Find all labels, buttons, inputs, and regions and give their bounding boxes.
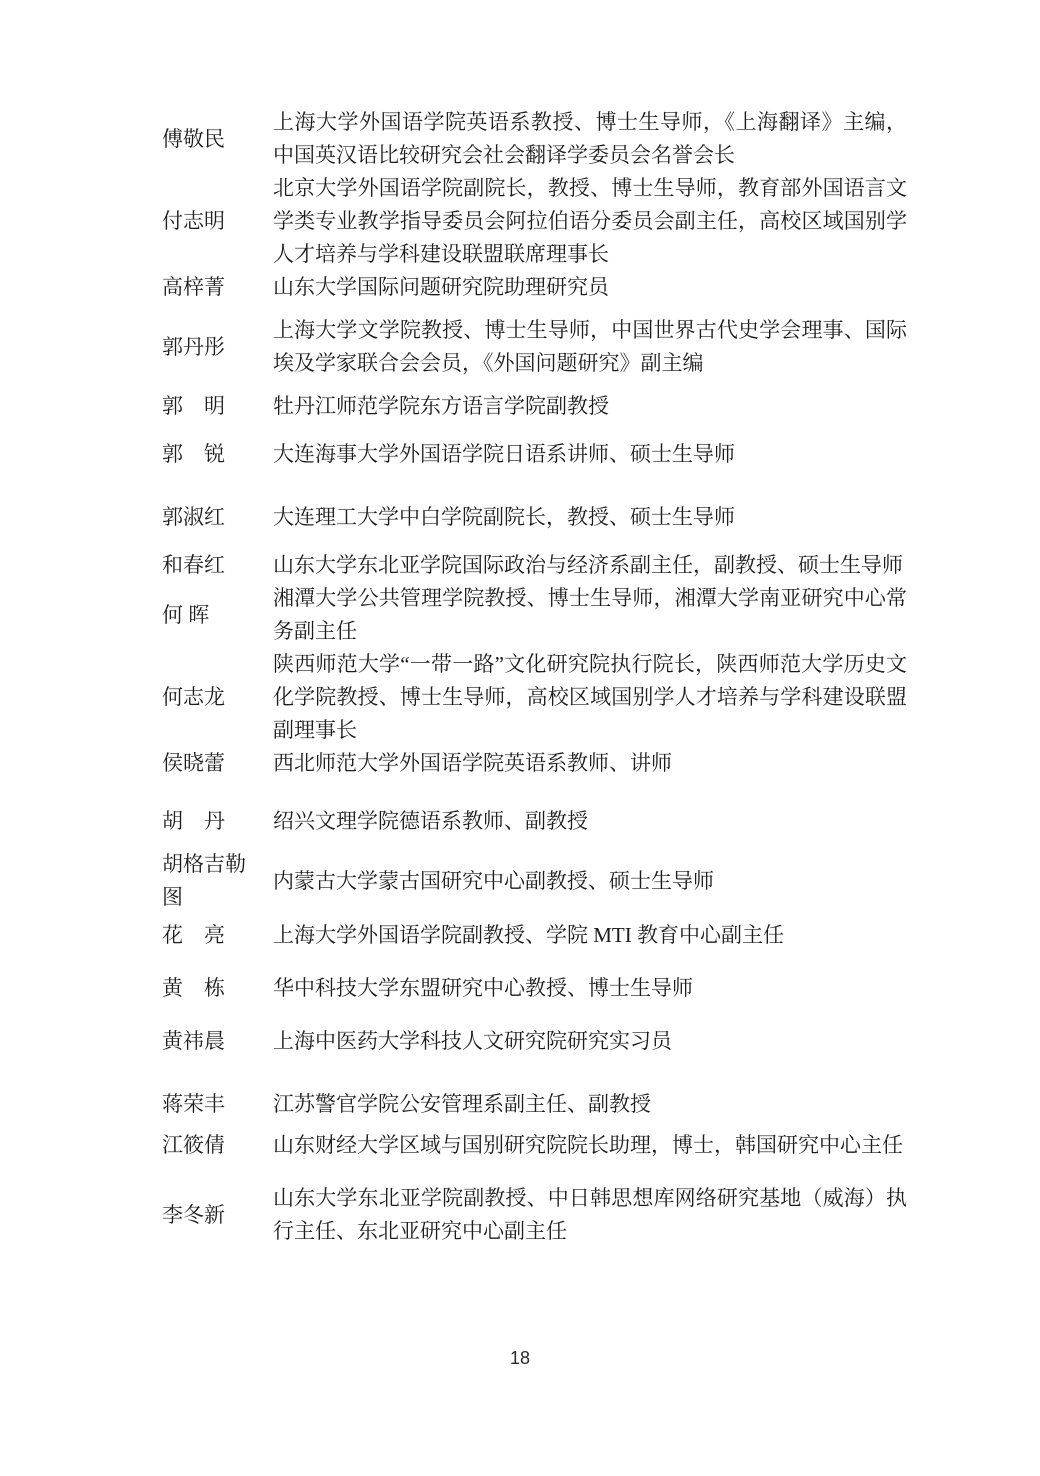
page-number: 18 [0,1348,1040,1369]
person-name: 李冬新 [162,1199,252,1232]
person-name: 花 亮 [162,919,252,952]
person-name: 高梓菁 [162,271,252,304]
person-name: 黄 栋 [162,972,252,1005]
directory-row: 胡 丹 绍兴文理学院德语系教师、副教授 [162,805,907,838]
directory-row: 黄祎晨 上海中医药大学科技人文研究院研究实习员 [162,1025,907,1058]
person-affiliation: 上海大学外国语学院英语系教授、博士生导师，《上海翻译》主编，中国英汉语比较研究会… [273,106,907,172]
person-affiliation: 山东大学国际问题研究院助理研究员 [273,271,907,304]
person-name: 郭 明 [162,390,252,423]
person-affiliation: 大连海事大学外国语学院日语系讲师、硕士生导师 [273,438,907,471]
directory-row: 李冬新 山东大学东北亚学院副教授、中日韩思想库网络研究基地（威海）执行主任、东北… [162,1182,907,1248]
directory-row: 花 亮 上海大学外国语学院副教授、学院 MTI 教育中心副主任 [162,919,907,952]
person-name: 付志明 [162,205,252,238]
person-affiliation: 湘潭大学公共管理学院教授、博士生导师，湘潭大学南亚研究中心常务副主任 [273,582,907,648]
person-affiliation: 山东大学东北亚学院副教授、中日韩思想库网络研究基地（威海）执行主任、东北亚研究中… [273,1182,907,1248]
person-affiliation: 山东大学东北亚学院国际政治与经济系副主任，副教授、硕士生导师 [273,549,907,582]
directory-row: 江筱倩 山东财经大学区域与国别研究院院长助理，博士，韩国研究中心主任 [162,1129,907,1162]
directory-row: 胡格吉勒图 内蒙古大学蒙古国研究中心副教授、硕士生导师 [162,848,907,914]
directory-row: 郭 明 牡丹江师范学院东方语言学院副教授 [162,390,907,423]
directory-row: 侯晓蕾 西北师范大学外国语学院英语系教师、讲师 [162,747,907,780]
person-name: 何志龙 [162,681,252,714]
person-affiliation: 陕西师范大学“一带一路”文化研究院执行院长，陕西师范大学历史文化学院教授、博士生… [273,648,907,747]
person-name: 傅敬民 [162,123,252,156]
person-affiliation: 绍兴文理学院德语系教师、副教授 [273,805,907,838]
directory-row: 傅敬民 上海大学外国语学院英语系教授、博士生导师，《上海翻译》主编，中国英汉语比… [162,106,907,172]
directory-row: 郭淑红 大连理工大学中白学院副院长，教授、硕士生导师 [162,501,907,534]
person-affiliation: 上海大学文学院教授、博士生导师，中国世界古代史学会理事、国际埃及学家联合会会员，… [273,314,907,380]
person-affiliation: 牡丹江师范学院东方语言学院副教授 [273,390,907,423]
person-affiliation: 西北师范大学外国语学院英语系教师、讲师 [273,747,907,780]
person-name: 郭 锐 [162,438,252,471]
directory-row: 黄 栋 华中科技大学东盟研究中心教授、博士生导师 [162,972,907,1005]
person-name: 郭淑红 [162,501,252,534]
person-affiliation: 北京大学外国语学院副院长，教授、博士生导师，教育部外国语言文学类专业教学指导委员… [273,172,907,271]
person-affiliation: 上海大学外国语学院副教授、学院 MTI 教育中心副主任 [273,919,907,952]
directory-row: 郭 锐 大连海事大学外国语学院日语系讲师、硕士生导师 [162,438,907,471]
document-page: 傅敬民 上海大学外国语学院英语系教授、博士生导师，《上海翻译》主编，中国英汉语比… [0,0,1040,1476]
directory-row: 付志明 北京大学外国语学院副院长，教授、博士生导师，教育部外国语言文学类专业教学… [162,172,907,271]
person-name: 江筱倩 [162,1129,252,1162]
person-affiliation: 江苏警官学院公安管理系副主任、副教授 [273,1088,907,1121]
directory-row: 郭丹彤 上海大学文学院教授、博士生导师，中国世界古代史学会理事、国际埃及学家联合… [162,314,907,380]
person-affiliation: 华中科技大学东盟研究中心教授、博士生导师 [273,972,907,1005]
person-affiliation: 大连理工大学中白学院副院长，教授、硕士生导师 [273,501,907,534]
person-name: 和春红 [162,549,252,582]
person-name: 蒋荣丰 [162,1088,252,1121]
directory-row: 蒋荣丰 江苏警官学院公安管理系副主任、副教授 [162,1088,907,1121]
person-name: 何 晖 [162,599,252,632]
person-name: 郭丹彤 [162,331,252,364]
directory-row: 和春红 山东大学东北亚学院国际政治与经济系副主任，副教授、硕士生导师 [162,549,907,582]
person-name: 黄祎晨 [162,1025,252,1058]
person-name: 胡格吉勒图 [162,848,252,914]
directory-row: 何 晖 湘潭大学公共管理学院教授、博士生导师，湘潭大学南亚研究中心常务副主任 [162,582,907,648]
directory-row: 何志龙 陕西师范大学“一带一路”文化研究院执行院长，陕西师范大学历史文化学院教授… [162,648,907,747]
person-name: 侯晓蕾 [162,747,252,780]
person-affiliation: 内蒙古大学蒙古国研究中心副教授、硕士生导师 [273,865,907,898]
person-name: 胡 丹 [162,805,252,838]
directory-row: 高梓菁 山东大学国际问题研究院助理研究员 [162,271,907,304]
person-affiliation: 上海中医药大学科技人文研究院研究实习员 [273,1025,907,1058]
person-affiliation: 山东财经大学区域与国别研究院院长助理，博士，韩国研究中心主任 [273,1129,907,1162]
